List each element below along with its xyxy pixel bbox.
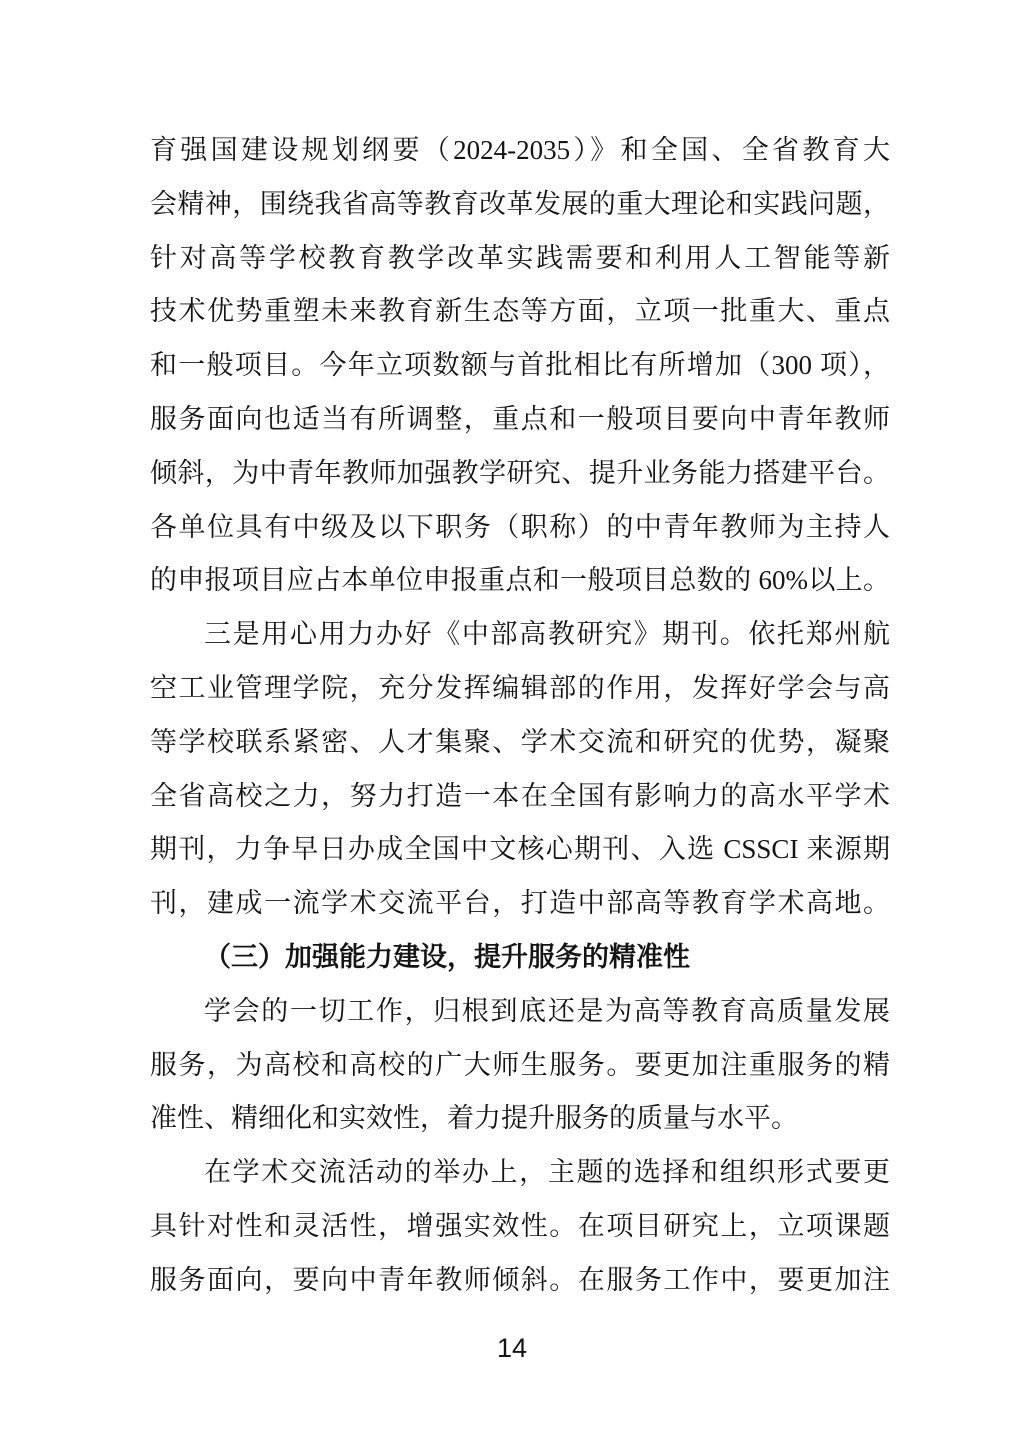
- text-line: 针对高等学校教育教学改革实践需要和利用人工智能等新: [150, 232, 890, 286]
- text-line: 学会的一切工作，归根到底还是为高等教育高质量发展: [150, 985, 890, 1039]
- text-line: 倾斜，为中青年教师加强教学研究、提升业务能力搭建平台。: [150, 447, 890, 501]
- text-line: 全省高校之力，努力打造一本在全国有影响力的高水平学术: [150, 770, 890, 824]
- text-line: 服务面向，要向中青年教师倾斜。在服务工作中，要更加注: [150, 1254, 890, 1308]
- text-line: 三是用心用力办好《中部高教研究》期刊。依托郑州航: [150, 608, 890, 662]
- page-number: 14: [0, 1330, 1024, 1366]
- text-line: 刊，建成一流学术交流平台，打造中部高等教育学术高地。: [150, 877, 890, 931]
- text-line: 各单位具有中级及以下职务（职称）的中青年教师为主持人: [150, 501, 890, 555]
- text-line: 的申报项目应占本单位申报重点和一般项目总数的 60%以上。: [150, 554, 890, 608]
- text-line: 在学术交流活动的举办上，主题的选择和组织形式要更: [150, 1146, 890, 1200]
- text-line: 等学校联系紧密、人才集聚、学术交流和研究的优势，凝聚: [150, 716, 890, 770]
- text-line: 具针对性和灵活性，增强实效性。在项目研究上，立项课题: [150, 1200, 890, 1254]
- text-line: 准性、精细化和实效性，着力提升服务的质量与水平。: [150, 1092, 890, 1146]
- text-line: 技术优势重塑未来教育新生态等方面，立项一批重大、重点: [150, 285, 890, 339]
- text-line: 服务面向也适当有所调整，重点和一般项目要向中青年教师: [150, 393, 890, 447]
- text-line: 期刊，力争早日办成全国中文核心期刊、入选 CSSCI 来源期: [150, 823, 890, 877]
- text-line: 服务，为高校和高校的广大师生服务。要更加注重服务的精: [150, 1039, 890, 1093]
- section-heading: （三）加强能力建设，提升服务的精准性: [150, 931, 890, 985]
- text-line: 会精神，围绕我省高等教育改革发展的重大理论和实践问题，: [150, 178, 890, 232]
- body-text: 育强国建设规划纲要（2024-2035）》和全国、全省教育大会精神，围绕我省高等…: [150, 124, 890, 1308]
- text-line: 空工业管理学院，充分发挥编辑部的作用，发挥好学会与高: [150, 662, 890, 716]
- document-page: 育强国建设规划纲要（2024-2035）》和全国、全省教育大会精神，围绕我省高等…: [0, 0, 1024, 1448]
- text-line: 育强国建设规划纲要（2024-2035）》和全国、全省教育大: [150, 124, 890, 178]
- text-line: 和一般项目。今年立项数额与首批相比有所增加（300 项），: [150, 339, 890, 393]
